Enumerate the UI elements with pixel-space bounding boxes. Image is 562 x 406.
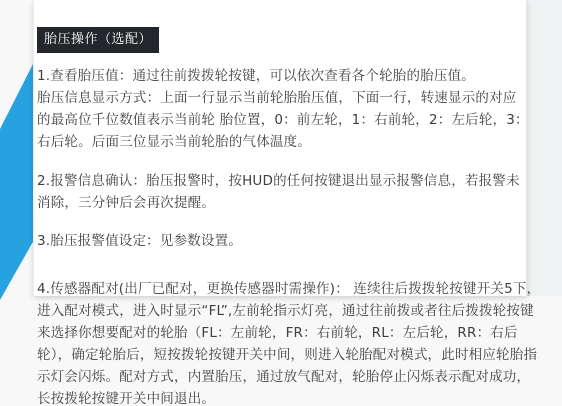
paragraph-view-pressure: 1.查看胎压值：通过往前拨拨轮按键，可以依次查看各个轮胎的胎压值。 胎压信息显示… [37,65,529,153]
right-margin-strip [526,0,562,296]
manual-page: 胎压操作（选配） 1.查看胎压值：通过往前拨拨轮按键，可以依次查看各个轮胎的胎压… [0,0,562,406]
content-column: 胎压操作（选配） 1.查看胎压值：通过往前拨拨轮按键，可以依次查看各个轮胎的胎压… [37,0,529,406]
paragraph-alarm-confirm: 2.报警信息确认：胎压报警时，按HUD的任何按键退出显示报警信息，若报警未消除，… [37,170,529,214]
section-title: 胎压操作（选配） [37,27,159,53]
paragraph-alarm-setting: 3.胎压报警值设定：见参数设置。 [37,230,529,252]
blue-ribbon-shape [0,62,34,300]
paragraph-sensor-pairing: 4.传感器配对(出厂已配对，更换传感器时需操作)： 连续往后拨拨轮按键开关5下，… [37,278,542,406]
